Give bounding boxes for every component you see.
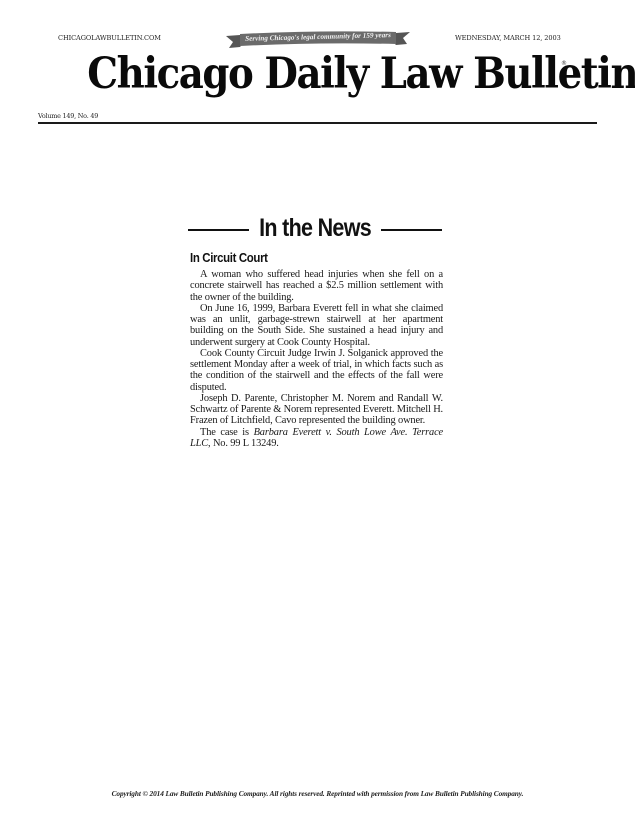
issue-date: WEDNESDAY, MARCH 12, 2003 (455, 34, 561, 42)
article-headline: In Circuit Court (190, 249, 413, 266)
case-number: , No. 99 L 13249. (208, 438, 279, 449)
section-title: In the News (258, 214, 372, 243)
masthead-title: Chicago Daily Law Bulletin (87, 46, 542, 102)
volume-number: Volume 149, No. 49 (38, 112, 98, 120)
article-paragraph: On June 16, 1999, Barbara Everett fell i… (190, 303, 443, 348)
copyright-notice: Copyright © 2014 Law Bulletin Publishing… (0, 789, 635, 798)
heading-rule-left (188, 229, 249, 231)
registered-mark: ® (561, 60, 567, 67)
section-heading: In the News (188, 210, 442, 246)
article-case-paragraph: The case is Barbara Everett v. South Low… (190, 427, 443, 450)
case-intro: The case is (200, 427, 254, 438)
article: In Circuit Court A woman who suffered he… (190, 249, 443, 449)
site-url: CHICAGOLAWBULLETIN.COM (58, 34, 161, 42)
article-paragraph: A woman who suffered head injuries when … (190, 269, 443, 303)
header-rule (38, 122, 597, 124)
article-paragraph: Cook County Circuit Judge Irwin J. Solga… (190, 348, 443, 393)
heading-rule-right (381, 229, 442, 231)
article-paragraph: Joseph D. Parente, Christopher M. Norem … (190, 393, 443, 427)
